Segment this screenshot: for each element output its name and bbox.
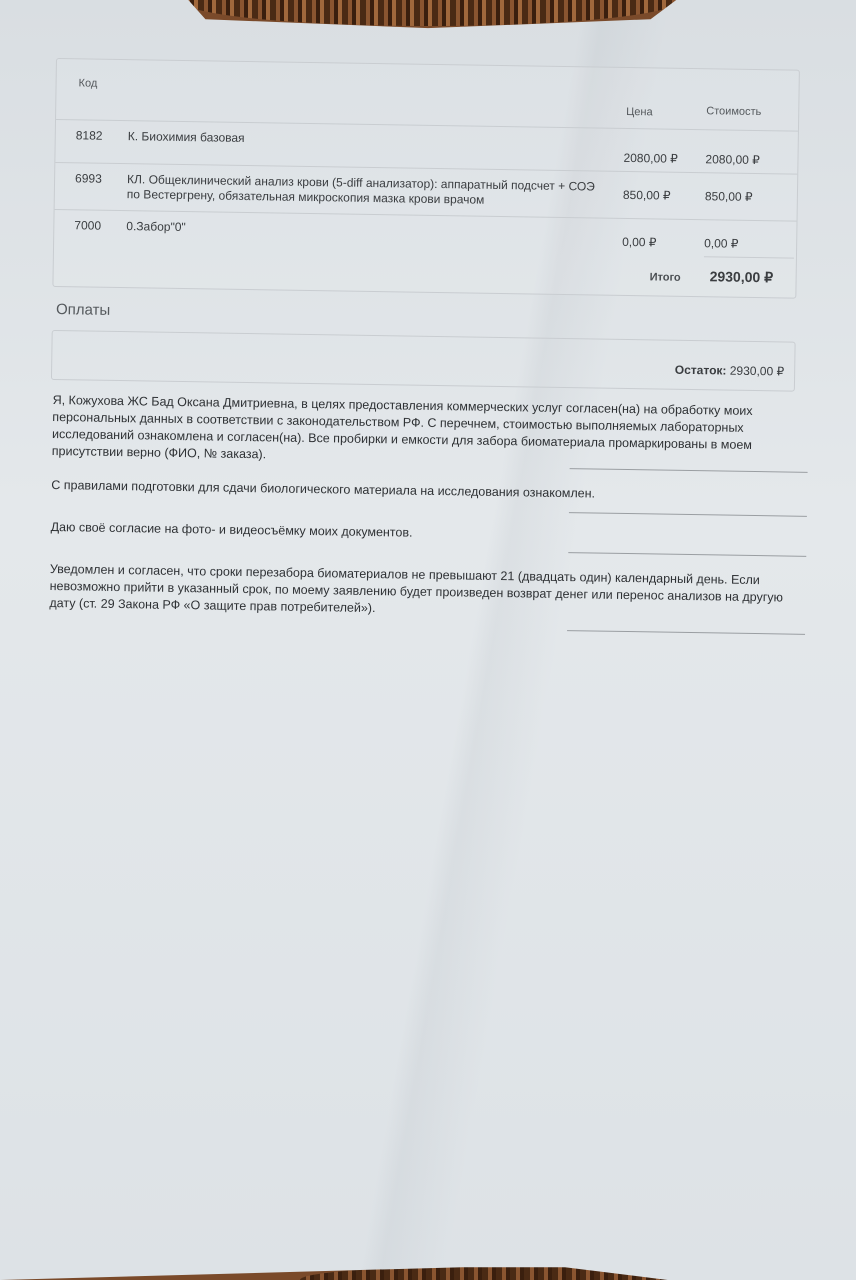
payments-box: Остаток: 2930,00 ₽	[51, 330, 796, 392]
service-price: 2080,00 ₽	[623, 151, 678, 166]
lab-order-document: Код Цена Стоимость 8182 К. Биохимия базо…	[47, 58, 816, 635]
service-name: КЛ. Общеклинический анализ крови (5-diff…	[127, 172, 607, 210]
header-price: Цена	[626, 106, 653, 118]
consent-resampling-terms: Уведомлен и согласен, что сроки перезабо…	[49, 561, 800, 624]
remainder-label: Остаток:	[675, 363, 727, 378]
signature-line	[568, 552, 806, 557]
header-code: Код	[79, 77, 98, 89]
service-cost: 2080,00 ₽	[705, 152, 760, 167]
total-label: Итого	[650, 271, 681, 283]
total-value: 2930,00 ₽	[710, 268, 774, 286]
service-cost: 850,00 ₽	[705, 189, 753, 204]
service-name: 0.Забор"0"	[126, 219, 606, 242]
signature-line	[569, 512, 807, 517]
service-code: 6993	[75, 171, 102, 185]
service-cost: 0,00 ₽	[704, 236, 739, 251]
service-code: 8182	[76, 128, 103, 142]
consent-photo-video: Даю своё согласие на фото- и видеосъёмку…	[50, 519, 800, 548]
service-name: К. Биохимия базовая	[128, 129, 608, 152]
service-code: 7000	[74, 218, 101, 232]
consent-personal-data: Я, Кожухова ЖС Бад Оксана Дмитриевна, в …	[52, 392, 803, 472]
consent-preparation-rules: С правилами подготовки для сдачи биологи…	[51, 477, 801, 506]
service-price: 0,00 ₽	[622, 235, 657, 250]
remainder-value: 2930,00 ₽	[730, 364, 785, 379]
payments-title: Оплаты	[56, 301, 812, 330]
remainder: Остаток: 2930,00 ₽	[675, 363, 785, 379]
services-table: Код Цена Стоимость 8182 К. Биохимия базо…	[52, 58, 800, 299]
service-price: 850,00 ₽	[623, 188, 671, 203]
header-cost: Стоимость	[706, 105, 761, 118]
total-divider	[704, 256, 794, 258]
